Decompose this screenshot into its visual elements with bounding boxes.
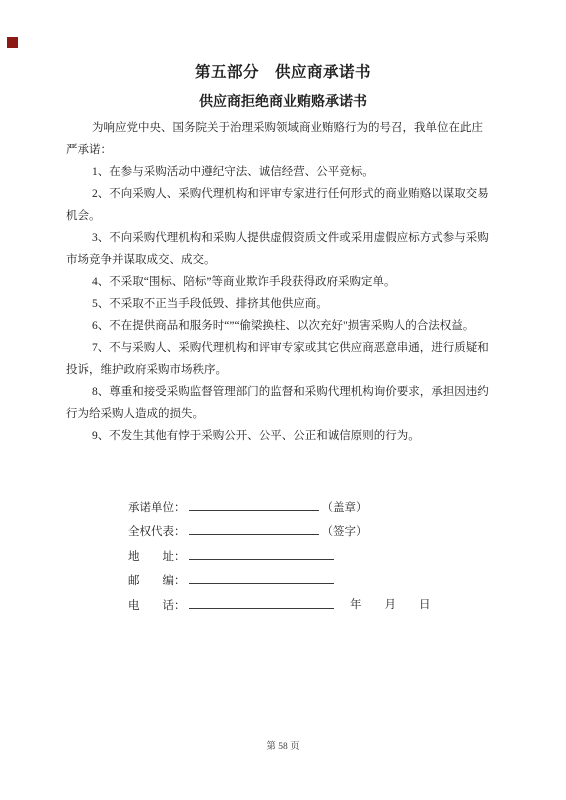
- signature-underline: [189, 571, 334, 584]
- body-line: 6、不在提供商品和服务时“”“偷梁换柱、以次充好"损害采购人的合法权益。: [66, 315, 500, 337]
- signature-underline: [189, 522, 319, 535]
- signature-label: 电 话：: [128, 594, 186, 619]
- body-line: 7、不与采购人、采购代理机构和评审专家或其它供应商恶意串通，进行质疑和: [66, 337, 500, 359]
- body-line: 市场竞争并谋取成交、成交。: [66, 249, 500, 271]
- signature-block: 承诺单位：（盖章） 全权代表：（签字） 地 址： 邮 编： 电 话：: [105, 471, 500, 594]
- body-line: 8、尊重和接受采购监督管理部门的监督和采购代理机构询价要求，承担因违约: [66, 381, 500, 403]
- body-line: 投诉，维护政府采购市场秩序。: [66, 359, 500, 381]
- signature-underline: [189, 498, 319, 511]
- body-line: 9、不发生其他有悖于采购公开、公平、公正和诚信原则的行为。: [66, 425, 500, 447]
- signature-suffix: （签字）: [322, 526, 368, 538]
- body-line: 4、不采取“围标、陪标”等商业欺诈手段获得政府采购定单。: [66, 271, 500, 293]
- signature-underline: [189, 547, 334, 560]
- body-line: 5、不采取不正当手段低毁、排挤其他供应商。: [66, 293, 500, 315]
- signature-underline: [189, 596, 334, 609]
- signature-label: 承诺单位：: [128, 496, 186, 521]
- page-title: 第五部分 供应商承诺书: [66, 62, 500, 84]
- body-line: 机会。: [66, 205, 500, 227]
- signature-row-unit: 承诺单位：（盖章）: [105, 471, 500, 496]
- body-line: 1、在参与采购活动中遵纪守法、诚信经营、公平竞标。: [66, 161, 500, 183]
- body-line: 行为给采购人造成的损失。: [66, 403, 500, 425]
- body-line: 3、不向采购代理机构和采购人提供虚假资质文件或采用虚假应标方式参与采购: [66, 227, 500, 249]
- body-text: 为响应党中央、国务院关于治理采购领域商业贿赂行为的号召，我单位在此庄 严承诺： …: [66, 117, 500, 447]
- signature-suffix: （盖章）: [322, 502, 368, 514]
- document-content: 第五部分 供应商承诺书 供应商拒绝商业贿赂承诺书 为响应党中央、国务院关于治理采…: [0, 0, 566, 616]
- signature-label: 邮 编：: [128, 569, 186, 594]
- page-number: 第 58 页: [0, 741, 566, 753]
- body-line: 为响应党中央、国务院关于治理采购领域商业贿赂行为的号召，我单位在此庄: [66, 117, 500, 139]
- document-page: 第五部分 供应商承诺书 供应商拒绝商业贿赂承诺书 为响应党中央、国务院关于治理采…: [0, 0, 566, 800]
- signature-label: 全权代表：: [128, 520, 186, 545]
- page-corner-mark: [7, 37, 18, 48]
- page-subtitle: 供应商拒绝商业贿赂承诺书: [66, 92, 500, 114]
- signature-label: 地 址：: [128, 545, 186, 570]
- body-line: 严承诺：: [66, 139, 500, 161]
- body-line: 2、不向采购人、采购代理机构和评审专家进行任何形式的商业贿赂以谋取交易: [66, 183, 500, 205]
